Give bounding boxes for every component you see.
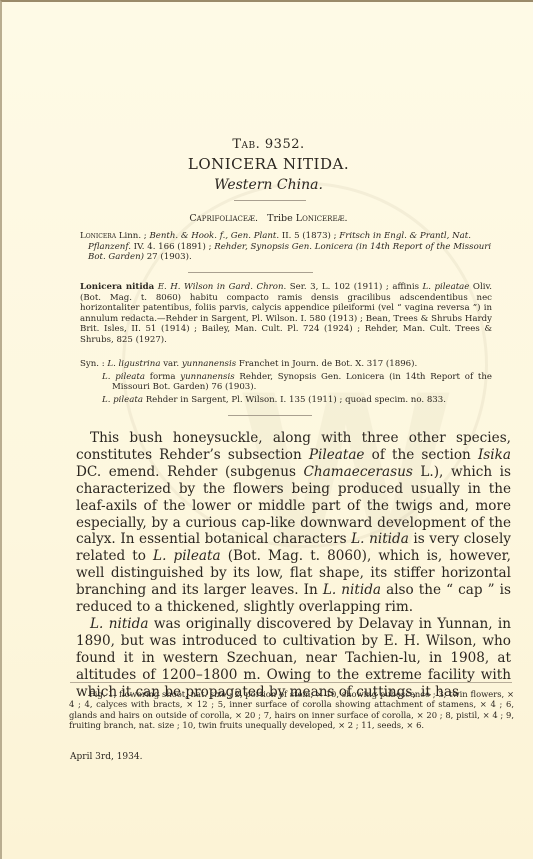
species-name: Lonicera nitida <box>80 282 154 292</box>
synonym-italic: yunnanensis <box>180 372 234 382</box>
description-text: Ser. 3, L. 102 (1911) ; affinis <box>286 282 422 292</box>
synonym-text: var. <box>160 359 181 369</box>
synonym-italic: L. ligustrina <box>107 359 160 369</box>
caption-text: Fig. 1, flowering shoot, nat. size ; 2, … <box>69 689 514 730</box>
genus-author: Linn. ; <box>119 231 147 241</box>
synonym-text: Franchet in Journ. de Bot. X. 317 (1896)… <box>236 359 417 369</box>
family-line: Caprifoliaceæ. Tribe Lonicereæ. <box>2 213 533 224</box>
family-name: Caprifoliaceæ. <box>189 213 258 224</box>
plate-number: Tab. 9352. <box>2 137 533 152</box>
genus-citation: Lonicera Linn. ; Benth. & Hook. f., Gen.… <box>80 231 500 263</box>
affinis-name: L. pileatae <box>423 282 470 292</box>
genus-name: Lonicera <box>80 231 116 241</box>
synonym-text: forma <box>145 372 180 382</box>
figure-caption: Fig. 1, flowering shoot, nat. size ; 2, … <box>69 689 514 731</box>
synonyms-block: Syn. : L. ligustrina var. yunnanensis Fr… <box>80 359 492 405</box>
synonym-italic: yunnanensis <box>182 359 236 369</box>
ref-plain: IV. 4. 166 (1891) ; <box>131 242 214 252</box>
italic-text: L. pileata <box>153 548 221 564</box>
synonym-text: Rehder in Sargent, Pl. Wilson. I. 135 (1… <box>143 395 446 405</box>
text: DC. emend. Rehder (subgenus <box>76 464 304 480</box>
body-paragraph: This bush honeysuckle, along with three … <box>76 430 511 616</box>
ref-plain: 27 (1903). <box>144 252 192 262</box>
tribe-name: Lonicereæ. <box>296 213 348 224</box>
divider <box>234 200 306 201</box>
synonym-item: L. pileata forma yunnanensis Rehder, Syn… <box>80 372 492 393</box>
text: of the section <box>364 447 477 463</box>
footnote-divider <box>70 682 512 683</box>
ref-plain: II. 5 (1873) ; <box>279 231 339 241</box>
body-paragraph: L. nitida was originally discovered by D… <box>76 616 511 701</box>
italic-text: Chamaecerasus <box>304 464 413 480</box>
species-description: Lonicera nitida E. H. Wilson in Gard. Ch… <box>80 282 492 346</box>
italic-text: L. nitida <box>323 582 381 598</box>
italic-text: Pileatae <box>309 447 365 463</box>
species-author: E. H. Wilson in Gard. Chron. <box>158 282 286 292</box>
body-text: This bush honeysuckle, along with three … <box>76 430 511 701</box>
publication-date: April 3rd, 1934. <box>70 752 142 762</box>
divider <box>228 415 312 416</box>
page-title: LONICERA NITIDA. <box>2 155 533 173</box>
synonyms-label: Syn. : <box>80 359 105 369</box>
divider <box>188 272 313 273</box>
italic-text: L. nitida <box>351 531 409 547</box>
tribe-label: Tribe <box>267 213 293 224</box>
italic-text: Isika <box>478 447 511 463</box>
synonym-italic: L. pileata <box>102 372 145 382</box>
ref-italic: Benth. & Hook. f., Gen. Plant. <box>149 231 279 241</box>
synonym-item: L. pileata Rehder in Sargent, Pl. Wilson… <box>80 395 492 406</box>
document-page: W Tab. 9352. LONICERA NITIDA. Western Ch… <box>0 0 533 859</box>
region-subtitle: Western China. <box>2 177 533 193</box>
italic-text: L. nitida <box>90 616 148 632</box>
synonym-italic: L. pileata <box>102 395 143 405</box>
synonym-item: Syn. : L. ligustrina var. yunnanensis Fr… <box>80 359 492 370</box>
